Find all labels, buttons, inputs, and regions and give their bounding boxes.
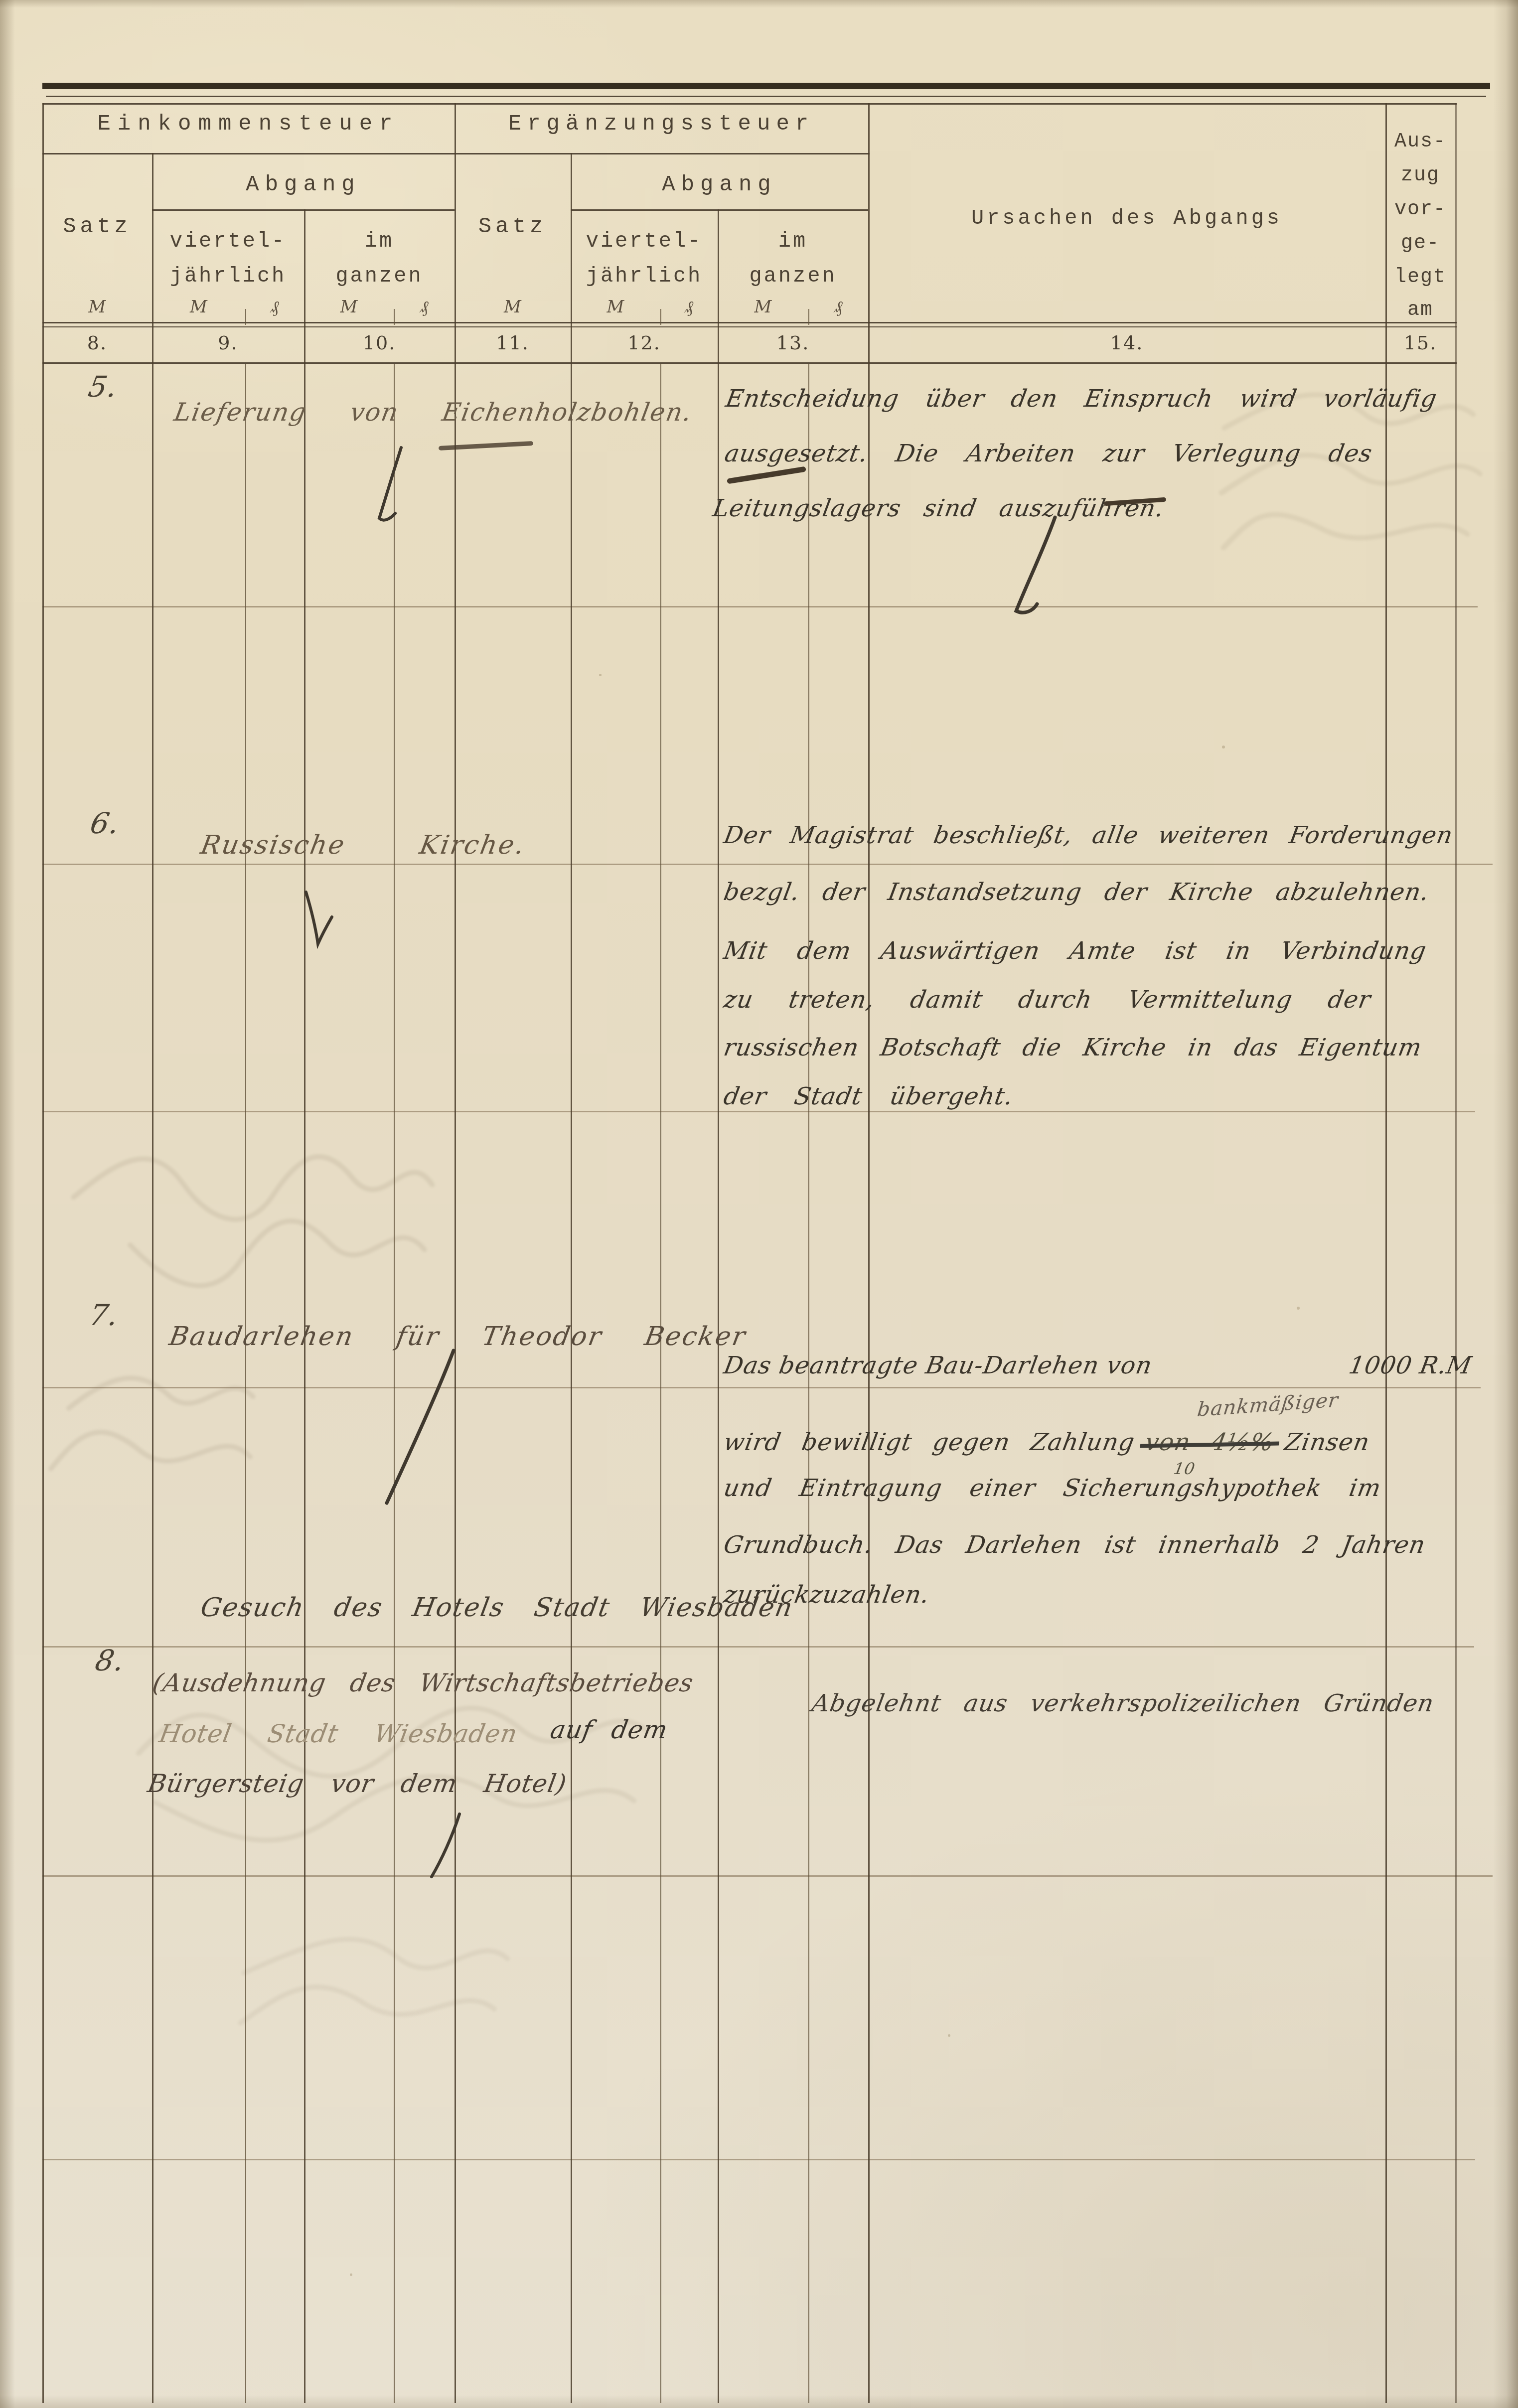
row-rule	[42, 1387, 1481, 1388]
entry-7-diagonal-stroke	[378, 1346, 462, 1510]
top-double-rule-thin	[46, 96, 1486, 97]
group-header-underline	[42, 153, 870, 154]
column-number: 10.	[304, 332, 455, 354]
entry-8-subject-line-3: Bürgersteig vor dem Hotel)	[146, 1769, 569, 1798]
entry-6-cause-line-4: zu treten, damit durch Vermittelung der	[722, 986, 1373, 1014]
bleed-through-writing	[232, 1924, 515, 2043]
column-numbers-underline	[42, 362, 1457, 364]
entry-6-checkmark	[298, 888, 338, 953]
abgang-underline-right	[571, 209, 868, 211]
entry-6-cause-line-2: bezgl. der Instandsetzung der Kirche abz…	[722, 878, 1431, 906]
pfennig-divider	[660, 364, 661, 2403]
entry-7-number: 7.	[87, 1298, 121, 1332]
group-header-ergaenzungssteuer: Ergänzungssteuer	[455, 112, 868, 137]
mark-sign: M	[304, 297, 394, 317]
entry-8-subject-line-2-ghost: Hotel Stadt Wiesbaden	[157, 1719, 520, 1748]
entry-5-number: 5.	[86, 370, 120, 404]
col-divider	[152, 153, 153, 2403]
col-divider	[304, 209, 305, 2403]
entry-8-subject-line-2-dark: auf dem	[548, 1715, 670, 1744]
entry-7-cause-line-2: wird bewilligt gegen Zahlungvon 4½%Zinse…	[722, 1428, 1372, 1456]
bleed-through-writing	[57, 1140, 441, 1317]
col-header-auszug-line: am	[1385, 299, 1455, 321]
column-number: 13.	[718, 332, 868, 354]
entry-5-bold-underline	[727, 466, 806, 484]
mark-sign: M	[718, 297, 808, 317]
abgang-underline-left	[152, 209, 455, 211]
col-divider	[718, 209, 719, 2403]
col-header-abgang-eink: Abgang	[152, 172, 455, 197]
entry-8-cause-line: Abgelehnt aus verkehrspolizeilichen Grün…	[810, 1689, 1436, 1717]
row-rule	[42, 1875, 1493, 1877]
hotel-gesuch-heading: Gesuch des Hotels Stadt Wiesbaden	[198, 1593, 795, 1623]
entry-8-descender-stroke	[424, 1810, 468, 1885]
col-divider	[571, 153, 572, 2403]
col-header-jaehrlich-eink: jährlich	[152, 264, 304, 288]
entry-6-cause-line-6: der Stadt übergeht.	[722, 1082, 1016, 1110]
header-bottom-double-line-1	[42, 322, 1457, 323]
scanned-ledger-page: Einkommensteuer Ergänzungssteuer Ursache…	[0, 0, 1518, 2408]
row-rule	[42, 2159, 1475, 2160]
entry-7-cause-line-3: und Eintragung einer Sicherungshypothek …	[722, 1474, 1383, 1502]
row-rule	[42, 606, 1478, 607]
column-number: 14.	[868, 332, 1385, 354]
col-header-auszug-line: vor-	[1385, 198, 1455, 221]
entry-5-ink-checkmark	[999, 513, 1074, 618]
entry-7-cause-line-1: Das beantragte Bau-Darlehen von 1000 R.M	[722, 1352, 1474, 1379]
entry-5-subject-flourish	[439, 441, 533, 451]
col-header-satz-erg: Satz	[455, 214, 571, 239]
column-number: 11.	[455, 332, 571, 354]
mark-sign: M	[571, 297, 660, 317]
cause-text: Zinsen	[1282, 1428, 1371, 1456]
group-header-einkommensteuer: Einkommensteuer	[42, 112, 455, 137]
col-header-auszug-line: zug	[1385, 164, 1455, 187]
top-double-rule-thick	[42, 83, 1490, 89]
auszug-col-divider	[1385, 103, 1387, 2403]
col-header-satz-eink: Satz	[42, 214, 152, 239]
top-page-edge-shadow	[0, 0, 1518, 8]
column-number: 12.	[571, 332, 718, 354]
loan-amount: 1000 R.M	[1347, 1352, 1474, 1379]
col-header-jaehrlich-erg: jährlich	[571, 264, 718, 288]
row-rule	[42, 1111, 1475, 1112]
col-header-ursachen: Ursachen des Abgangs	[868, 206, 1385, 230]
column-number: 8.	[42, 332, 152, 354]
mark-sign: M	[42, 297, 152, 317]
entry-6-number: 6.	[88, 806, 122, 840]
dust-speck	[1222, 746, 1225, 749]
pfennig-divider	[808, 364, 809, 2403]
dust-speck	[1297, 1307, 1300, 1310]
entry-6-cause-line-3: Mit dem Auswärtigen Amte ist in Verbindu…	[722, 937, 1429, 965]
table-top-border	[42, 103, 1457, 105]
entry-6-cause-line-5: russischen Botschaft die Kirche in das E…	[722, 1034, 1424, 1061]
entry-7-insert-word: bankmäßiger	[1196, 1389, 1340, 1421]
entry-5-cause-line-1: Entscheidung über den Einspruch wird vor…	[724, 385, 1439, 413]
entry-5-pencil-checkmark	[366, 444, 416, 528]
entry-6-cause-line-1: Der Magistrat beschließt, alle weiteren …	[722, 821, 1455, 849]
header-bottom-double-line-2	[42, 326, 1457, 327]
entry-7-cause-line-4: Grundbuch. Das Darlehen ist innerhalb 2 …	[722, 1531, 1428, 1559]
dust-speck	[350, 2273, 352, 2276]
col-header-auszug-line: legt	[1385, 266, 1455, 289]
struck-text: von 4½%	[1143, 1428, 1277, 1456]
row-rule	[42, 864, 1493, 865]
dust-speck	[599, 674, 602, 676]
column-number: 9.	[152, 332, 304, 354]
pfennig-sign: ₰	[808, 297, 868, 317]
mark-sign: M	[455, 297, 571, 317]
cause-text: Das beantragte Bau-Darlehen von	[722, 1352, 1154, 1379]
col-header-im-erg: im	[718, 229, 868, 253]
bottom-page-edge-shadow	[0, 2395, 1518, 2408]
col-header-auszug-line: Aus-	[1385, 131, 1455, 153]
right-page-edge-shadow	[1493, 0, 1518, 2408]
col-header-ganzen-erg: ganzen	[718, 264, 868, 288]
table-right-border	[1455, 103, 1457, 2403]
col-header-im-eink: im	[304, 229, 455, 253]
entry-8-number: 8.	[93, 1644, 127, 1677]
left-page-edge-shadow	[0, 0, 15, 2408]
entry-8-subject-line-1: (Ausdehnung des Wirtschaftsbetriebes	[151, 1668, 696, 1697]
pfennig-sign: ₰	[245, 297, 304, 317]
entry-5-cause-line-3: Leitungslagers sind auszuführen.	[711, 494, 1166, 522]
table-left-border	[42, 103, 44, 2403]
entry-6-subject: Russische Kirche.	[198, 830, 528, 860]
dust-speck	[948, 2034, 950, 2037]
pfennig-sign: ₰	[660, 297, 718, 317]
mark-sign: M	[152, 297, 245, 317]
cause-text: wird bewilligt gegen Zahlung	[722, 1428, 1137, 1456]
col-header-abgang-erg: Abgang	[571, 172, 868, 197]
column-number: 15.	[1385, 332, 1455, 354]
entry-5-subject: Lieferung von Eichenholzbohlen.	[172, 398, 695, 427]
col-header-ganzen-eink: ganzen	[304, 264, 455, 288]
pfennig-sign: ₰	[394, 297, 455, 317]
entry-5-cause-line-2: ausgesetzt. Die Arbeiten zur Verlegung d…	[723, 440, 1374, 467]
col-header-viertel-erg: viertel-	[571, 229, 718, 253]
row-rule	[42, 1646, 1474, 1648]
pfennig-divider	[245, 364, 246, 2403]
col-header-auszug-line: ge-	[1385, 232, 1455, 255]
col-header-viertel-eink: viertel-	[152, 229, 304, 253]
